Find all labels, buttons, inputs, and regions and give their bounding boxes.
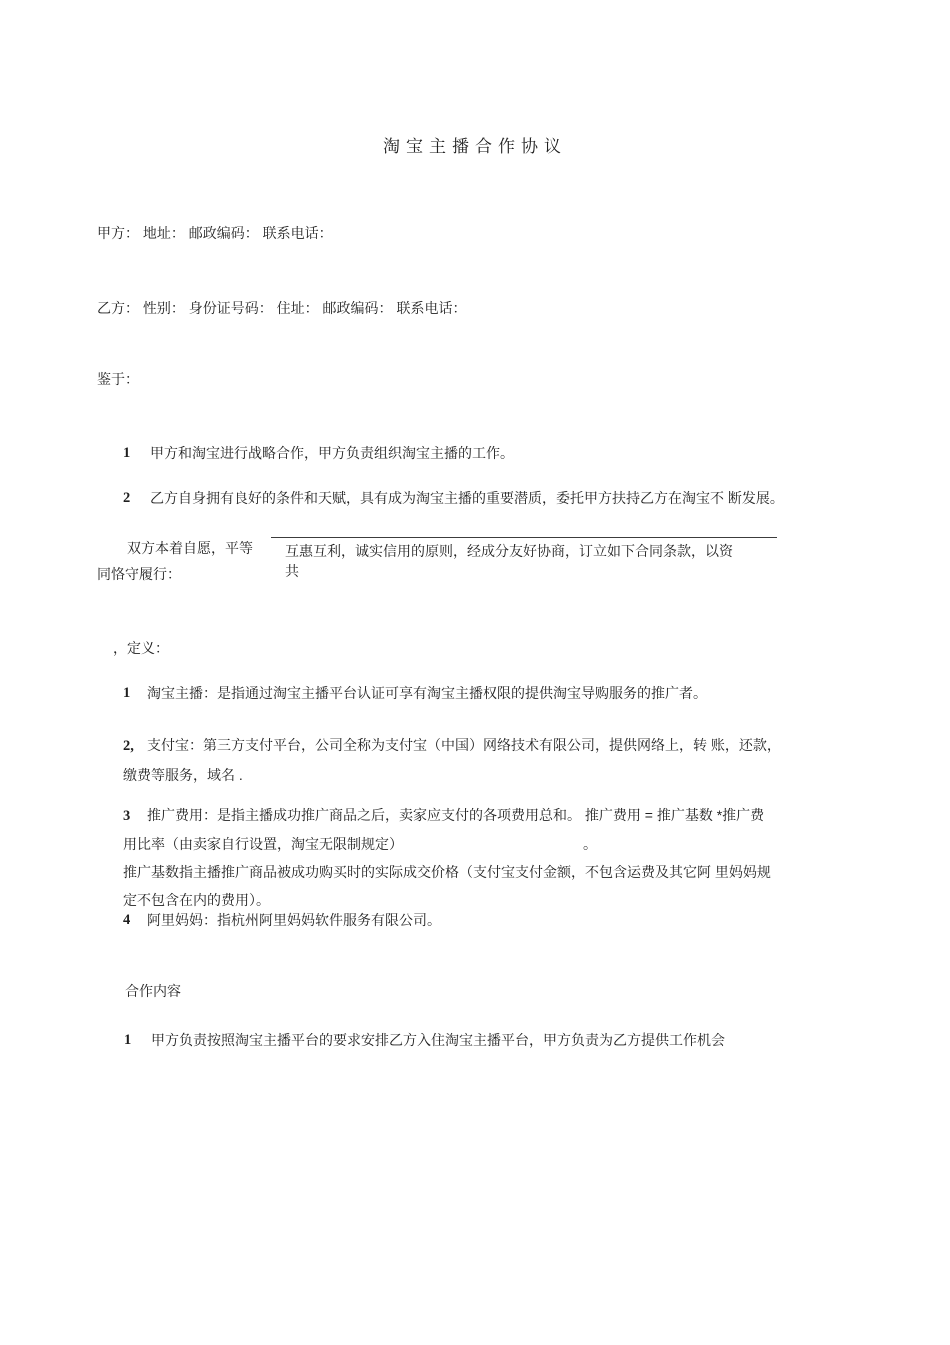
party-a-line: 甲方： 地址： 邮政编码： 联系电话： — [97, 225, 333, 242]
definition-item-2-line-1-text: 支付宝：第三方支付平台，公司全称为支付宝（中国）网络技术有限公司，提供网络上，转… — [147, 737, 781, 753]
cooperation-item-1-text: 甲方负责按照淘宝主播平台的要求安排乙方入住淘宝主播平台，甲方负责为乙方提供工作机… — [151, 1032, 725, 1049]
whereas-item-2-text: 乙方自身拥有良好的条件和天赋，具有成为淘宝主播的重要潜质，委托甲方扶持乙方在淘宝… — [150, 490, 784, 507]
definition-item-3: 3推广费用：是指主播成功推广商品之后，卖家应支付的各项费用总和。 推广费用 = … — [123, 801, 771, 914]
definition-item-3-number: 3 — [123, 802, 147, 830]
cooperation-item-1: 1 甲方负责按照淘宝主播平台的要求安排乙方入住淘宝主播平台，甲方负责为乙方提供工… — [124, 1032, 725, 1049]
definition-item-2-line-1: 2,支付宝：第三方支付平台，公司全称为支付宝（中国）网络技术有限公司，提供网络上… — [123, 731, 781, 761]
principle-inserted-line-1: 互惠互利，诚实信用的原则，经成分友好协商，订立如下合同条款，以资 — [271, 541, 777, 561]
whereas-item-2-number: 2 — [123, 490, 150, 507]
definition-item-3-line-2: 用比率（由卖家自行设置，淘宝无限制规定）。 — [123, 830, 771, 858]
principle-lead-text: 双方本着自愿，平等 — [127, 540, 253, 557]
whereas-item-2: 2 乙方自身拥有良好的条件和天赋，具有成为淘宝主播的重要潜质，委托甲方扶持乙方在… — [123, 490, 784, 507]
principle-inserted-clause: 互惠互利，诚实信用的原则，经成分友好协商，订立如下合同条款，以资 共 — [271, 537, 777, 581]
definition-item-3-line-4: 定不包含在内的费用）。 — [123, 886, 771, 914]
definitions-heading: ，定义： — [113, 640, 169, 657]
definition-item-3-line-2-text: 用比率（由卖家自行设置，淘宝无限制规定） — [123, 836, 403, 852]
definition-item-1-text: 淘宝主播：是指通过淘宝主播平台认证可享有淘宝主播权限的提供淘宝导购服务的推广者。 — [147, 685, 707, 702]
whereas-item-1-number: 1 — [123, 445, 150, 462]
definition-item-2-number: 2, — [123, 732, 147, 761]
whereas-item-1-text: 甲方和淘宝进行战略合作，甲方负责组织淘宝主播的工作。 — [150, 445, 514, 462]
cooperation-heading: 合作内容 — [125, 983, 181, 1000]
principle-inserted-line-2: 共 — [271, 561, 777, 581]
definition-item-3-line-3: 推广基数指主播推广商品被成功购买时的实际成交价格（支付宝支付金额，不包含运费及其… — [123, 858, 771, 886]
definition-item-1: 1 淘宝主播：是指通过淘宝主播平台认证可享有淘宝主播权限的提供淘宝导购服务的推广… — [123, 685, 707, 702]
document-title: 淘宝主播合作协议 — [0, 135, 950, 159]
definition-item-3-line-1-text: 推广费用：是指主播成功推广商品之后，卖家应支付的各项费用总和。 推广费用 = 推… — [147, 807, 764, 823]
cooperation-item-1-number: 1 — [124, 1032, 151, 1049]
definition-item-2-line-2: 缴费等服务，域名 . — [123, 761, 781, 790]
contract-document-page: 淘宝主播合作协议 甲方： 地址： 邮政编码： 联系电话： 乙方： 性别： 身份证… — [0, 0, 950, 1345]
party-b-line: 乙方： 性别： 身份证号码： 住址： 邮政编码： 联系电话： — [97, 300, 466, 317]
definition-item-4: 4 阿里妈妈：指杭州阿里妈妈软件服务有限公司。 — [123, 912, 441, 929]
definition-item-4-number: 4 — [123, 912, 147, 929]
definition-item-3-line-1: 3推广费用：是指主播成功推广商品之后，卖家应支付的各项费用总和。 推广费用 = … — [123, 801, 771, 830]
definition-item-3-line-2-period: 。 — [583, 830, 597, 858]
definition-item-4-text: 阿里妈妈：指杭州阿里妈妈软件服务有限公司。 — [147, 912, 441, 929]
whereas-item-1: 1 甲方和淘宝进行战略合作，甲方负责组织淘宝主播的工作。 — [123, 445, 514, 462]
whereas-label: 鉴于： — [97, 371, 139, 388]
principle-tail-text: 同恪守履行： — [97, 566, 181, 583]
definition-item-1-number: 1 — [123, 685, 147, 702]
definition-item-2: 2,支付宝：第三方支付平台，公司全称为支付宝（中国）网络技术有限公司，提供网络上… — [123, 731, 781, 790]
